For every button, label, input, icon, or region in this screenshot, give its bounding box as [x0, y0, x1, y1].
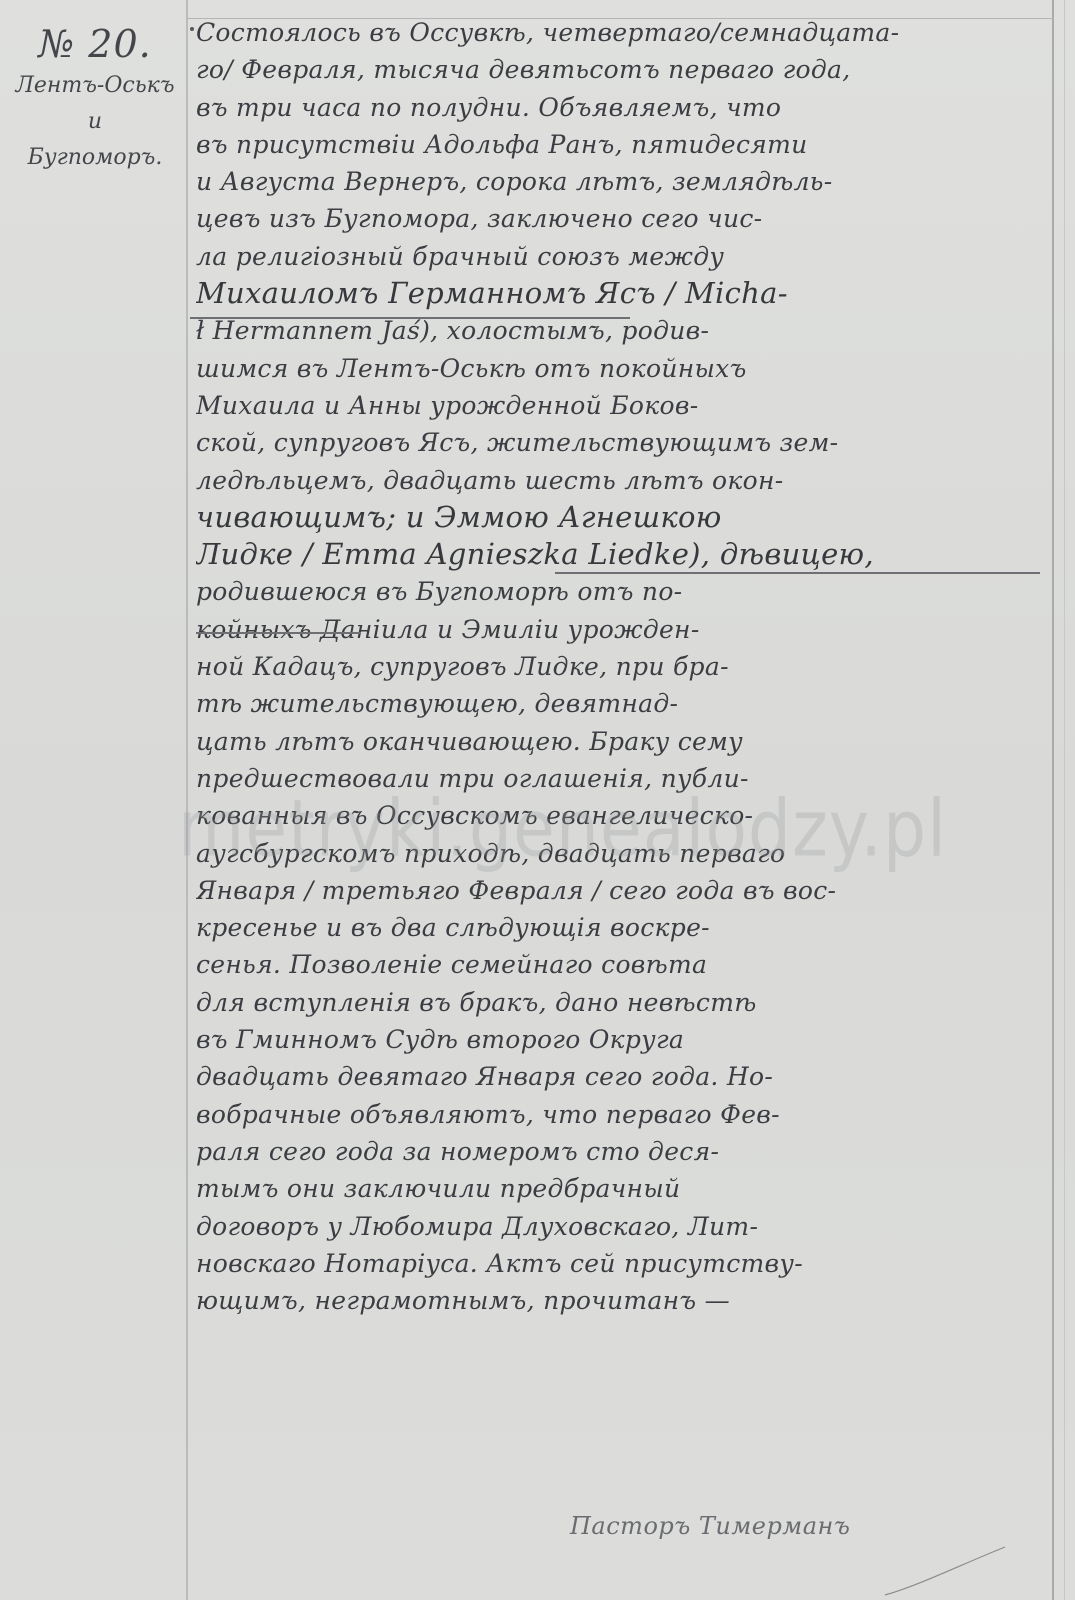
text-line: кованныя въ Оссувскомъ евангелическо- [196, 797, 1041, 834]
margin-rule-line [186, 0, 188, 1600]
text-line: кресенье и въ два слѣдующія воскре- [196, 909, 1041, 946]
text-line: тѣ жительствующею, девятнад- [196, 685, 1041, 722]
right-edge-line [1064, 0, 1065, 1600]
text-line: въ три часа по полудни. Объявляемъ, что [196, 89, 1041, 126]
bride-name-underline-1 [555, 572, 1040, 574]
text-line: родившеюся въ Бугпоморѣ отъ по- [196, 573, 1041, 610]
text-line: Января / третьяго Февраля / сего года въ… [196, 872, 1041, 909]
margin-conjunction: и [10, 104, 180, 140]
text-line: тымъ они заключили предбрачный [196, 1170, 1041, 1207]
right-rule-line [1052, 0, 1054, 1600]
pastor-signature: Пасторъ Тимерманъ [570, 1512, 850, 1540]
text-line: для вступленія въ бракъ, дано невѣстѣ [196, 984, 1041, 1021]
margin-place-2: Бугпоморъ. [10, 140, 180, 176]
text-line: ской, супруговъ Ясъ, жительствующимъ зем… [196, 424, 1041, 461]
text-line: въ присутствіи Адольфа Ранъ, пятидесяти [196, 126, 1041, 163]
bride-name-line: Лидке / Emma Agnieszka Liedke), дѣвицею, [196, 536, 1041, 573]
bride-name-underline-2 [196, 632, 361, 634]
text-line: сенья. Позволеніе семейнаго совѣта [196, 946, 1041, 983]
text-line: договоръ у Любомира Длуховскаго, Лит- [196, 1208, 1041, 1245]
text-line: аугсбургскомъ приходѣ, двадцать перваго [196, 835, 1041, 872]
text-line: ла религіозный брачный союзъ между [196, 238, 1041, 275]
text-line: и Августа Вернеръ, сорока лѣтъ, землядѣл… [196, 163, 1041, 200]
text-line: го/ Февраля, тысяча девятьсотъ перваго г… [196, 51, 1041, 88]
text-line: ющимъ, неграмотнымъ, прочитанъ — [196, 1282, 1041, 1319]
text-line: Состоялось въ Оссувкѣ, четвертаго/семнад… [196, 14, 1041, 51]
text-line: новскаго Нотаріуса. Актъ сей присутству- [196, 1245, 1041, 1282]
text-line: двадцать девятаго Января сего года. Но- [196, 1058, 1041, 1095]
text-line: Михаила и Анны урожденной Боков- [196, 387, 1041, 424]
text-line: раля сего года за номеромъ сто деся- [196, 1133, 1041, 1170]
text-line: въ Гминномъ Судѣ второго Округа [196, 1021, 1041, 1058]
document-page: № 20. Лентъ-Оськъ и Бугпоморъ. Состоялос… [0, 0, 1075, 1600]
text-line: койныхъ Даніила и Эмиліи урожден- [196, 611, 1041, 648]
ink-dot [190, 27, 194, 31]
groom-name-line: Михаиломъ Германномъ Ясъ / Micha- [196, 275, 1041, 312]
margin-place-1: Лентъ-Оськъ [10, 68, 180, 104]
text-line: предшествовали три оглашенія, публи- [196, 760, 1041, 797]
margin-annotation: № 20. Лентъ-Оськъ и Бугпоморъ. [10, 20, 180, 176]
text-line: вобрачные объявляютъ, что перваго Фев- [196, 1096, 1041, 1133]
text-line: шимся въ Лентъ-Оськѣ отъ покойныхъ [196, 350, 1041, 387]
signature-flourish-icon [880, 1545, 1010, 1600]
bride-name-line: чивающимъ; и Эммою Агнешкою [196, 499, 1041, 536]
text-line: ной Кадацъ, супруговъ Лидке, при бра- [196, 648, 1041, 685]
record-body: Состоялось въ Оссувкѣ, четвертаго/семнад… [196, 14, 1041, 1319]
groom-name-underline [190, 317, 630, 319]
text-line: цевъ изъ Бугпомора, заключено сего чис- [196, 200, 1041, 237]
text-line: ледѣльцемъ, двадцать шесть лѣтъ окон- [196, 462, 1041, 499]
text-line: цать лѣтъ оканчивающею. Браку сему [196, 723, 1041, 760]
entry-number: № 20. [10, 20, 180, 68]
